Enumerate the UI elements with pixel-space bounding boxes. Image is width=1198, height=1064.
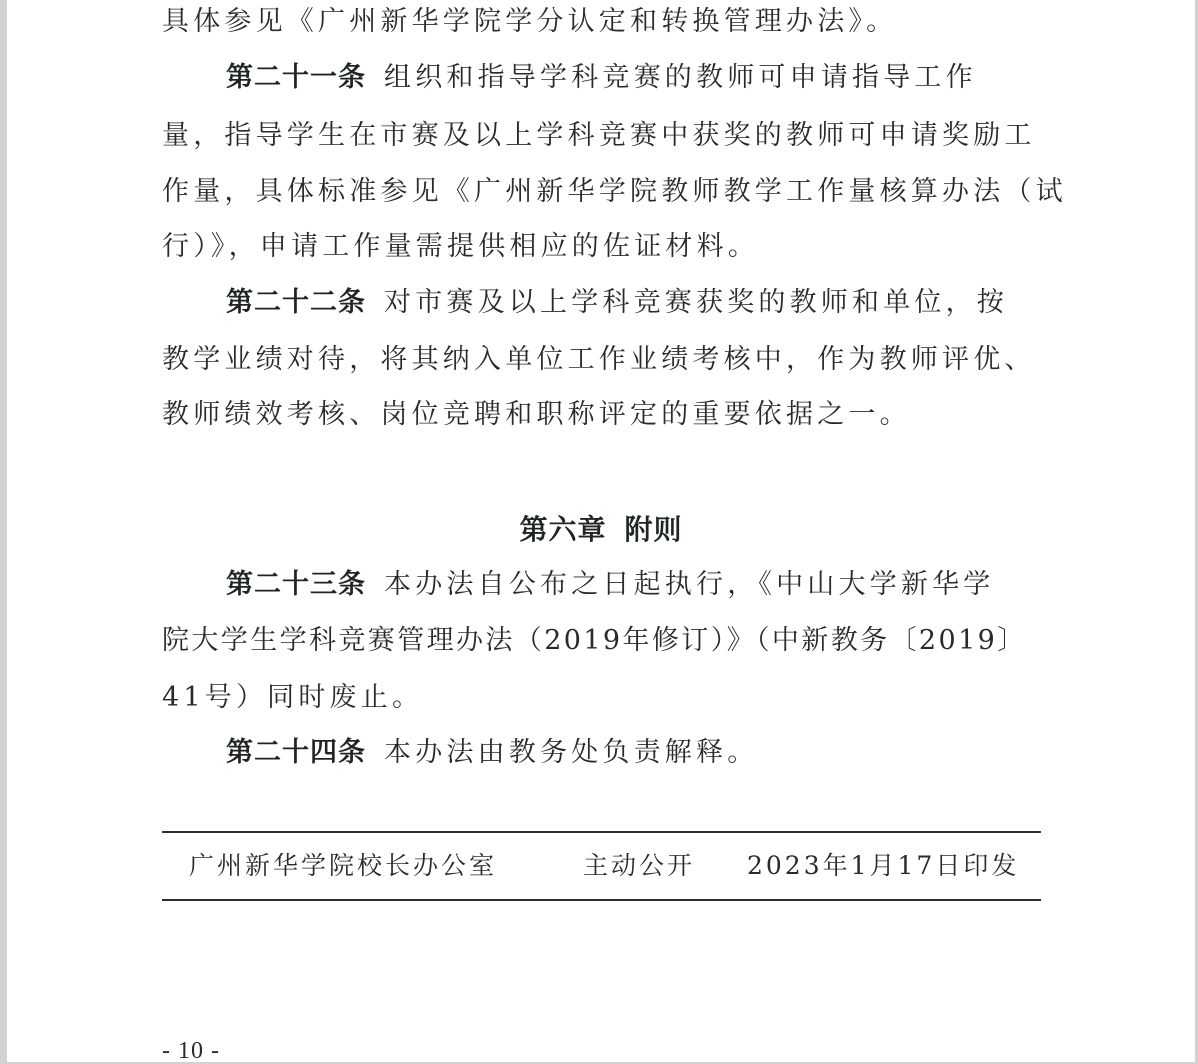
article-23-first-line: 第二十三条本办法自公布之日起执行，《中山大学新华学 [226, 565, 995, 605]
page-number: - 10 - [162, 1038, 220, 1064]
article-number: 第二十一条 [226, 62, 366, 93]
article-22-first-line: 第二十二条对市赛及以上学科竞赛获奖的教师和单位，按 [226, 283, 1008, 323]
footer-top-rule [162, 831, 1041, 833]
chapter-heading: 第六章附则 [7, 508, 1195, 548]
article-21-first-line: 第二十一条组织和指导学科竞赛的教师可申请指导工作 [226, 58, 977, 98]
issuer: 广州新华学院校长办公室 [189, 846, 497, 886]
disclosure-status: 主动公开 [583, 846, 695, 886]
document-page: 具体参见《广州新华学院学分认定和转换管理办法》。 第二十一条组织和指导学科竞赛的… [7, 0, 1195, 1062]
article-text: 组织和指导学科竞赛的教师可申请指导工作 [384, 62, 977, 93]
footer-bottom-rule [162, 899, 1041, 901]
body-text-line: 量，指导学生在市赛及以上学科竞赛中获奖的教师可申请奖励工 [162, 116, 1036, 156]
issuance-footer: 广州新华学院校长办公室 主动公开 2023年1月17日印发 [162, 846, 1041, 886]
article-number: 第二十三条 [226, 569, 366, 600]
body-text-line: 院大学生学科竞赛管理办法（2019年修订）》（中新教务〔2019〕 [162, 621, 1027, 661]
article-24-first-line: 第二十四条本办法由教务处负责解释。 [226, 733, 758, 773]
body-text-line: 行）》，申请工作量需提供相应的佐证材料。 [162, 227, 759, 267]
issue-date: 2023年1月17日印发 [747, 846, 1019, 886]
body-text-line: 作量，具体标准参见《广州新华学院教师教学工作量核算办法（试 [162, 172, 1067, 212]
article-text: 本办法由教务处负责解释。 [384, 737, 758, 768]
article-number: 第二十二条 [226, 287, 366, 318]
body-text-line: 41号）同时废止。 [162, 678, 423, 718]
article-text: 对市赛及以上学科竞赛获奖的教师和单位，按 [384, 287, 1008, 318]
article-text: 本办法自公布之日起执行，《中山大学新华学 [384, 569, 995, 600]
chapter-number: 第六章 [519, 513, 606, 546]
body-text-line: 具体参见《广州新华学院学分认定和转换管理办法》。 [162, 2, 897, 42]
chapter-title: 附则 [625, 513, 683, 546]
body-text-line: 教师绩效考核、岗位竞聘和职称评定的重要依据之一。 [162, 395, 911, 435]
body-text-line: 教学业绩对待，将其纳入单位工作业绩考核中，作为教师评优、 [162, 340, 1036, 380]
article-number: 第二十四条 [226, 737, 366, 768]
